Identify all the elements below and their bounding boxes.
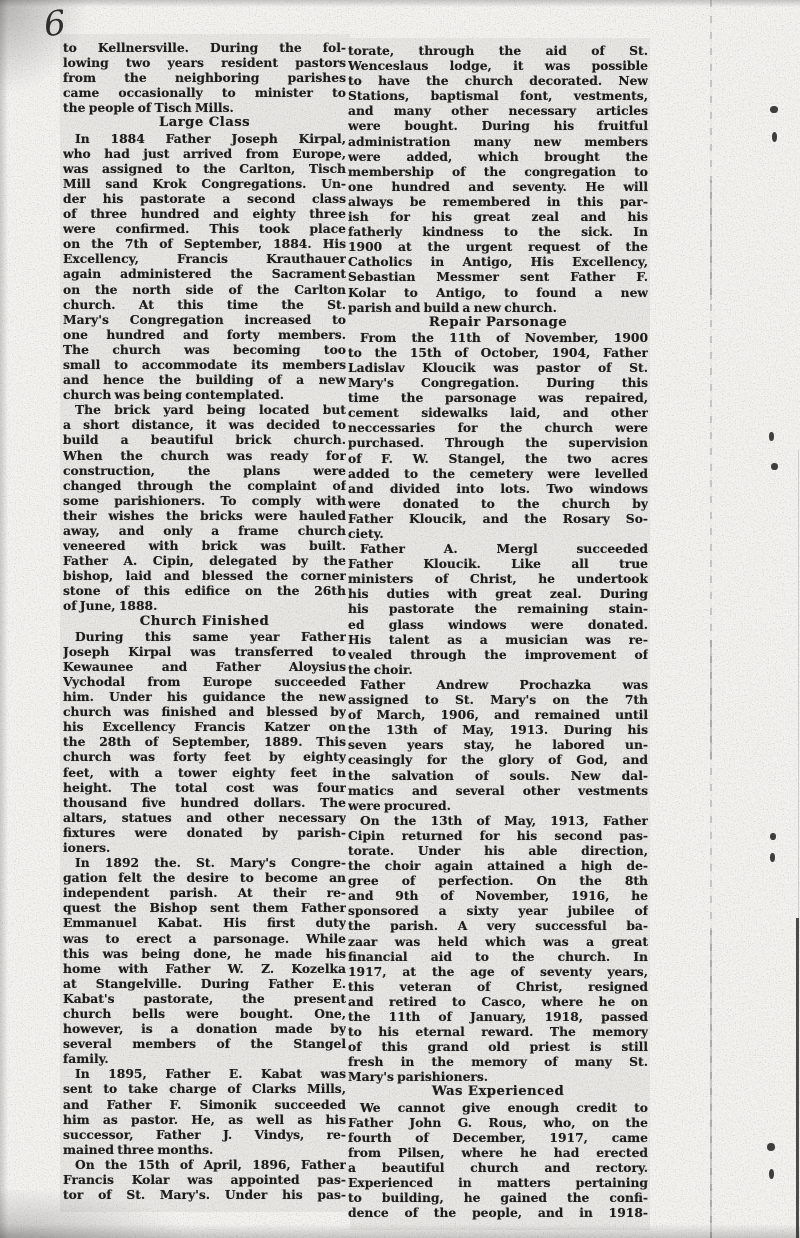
text-line: build a beautiful brick church. [63,432,346,447]
text-line: lowing two years resident pastors [63,55,346,70]
section-heading: Was Experienced [348,1084,648,1099]
text-line: Catholics in Antigo, His Excellency, [348,254,648,269]
text-line: of three hundred and eighty three [63,206,346,221]
text-line: church was finished and blessed by [63,704,346,719]
text-line: On the 15th of April, 1896, Father [63,1157,346,1172]
text-line: vealed through the improvement of [348,647,648,662]
newspaper-page-scan: 6 to Kellnersville. During the fol-lowin… [0,0,800,1238]
text-line: home with Father W. Z. Kozelka [63,961,346,976]
text-line: Vychodal from Europe succeeded [63,674,346,689]
handwritten-page-number: 6 [42,3,68,45]
text-line: Father Andrew Prochazka was [348,677,648,692]
text-line: small to accommodate its members [63,357,346,372]
ink-mark [770,833,776,840]
text-line: Sebastian Messmer sent Father F. [348,269,648,284]
text-line: the 11th of January, 1918, passed [348,1009,648,1024]
text-line: again administered the Sacrament [63,266,346,281]
text-line: was to erect a parsonage. While [63,931,346,946]
text-line: purchased. Through the supervision [348,435,648,450]
text-line: from the neighboring parishes [63,70,346,85]
text-line: Experienced in matters pertaining [348,1175,648,1190]
text-line: one hundred and seventy. He will [348,179,648,194]
text-line: Cipin returned for his second pas- [348,828,648,843]
text-line: fourth of December, 1917, came [348,1130,648,1145]
text-line: ioners. [63,840,346,855]
text-line: gree of perfection. On the 8th [348,873,648,888]
text-line: financial aid to the church. In [348,949,648,964]
text-line: Stations, baptismal font, vestments, [348,88,648,103]
text-line: were donated to the church by [348,496,648,511]
text-line: In 1892 the. St. Mary's Congre- [63,855,346,870]
text-line: on the 7th of September, 1884. His [63,236,346,251]
text-line: When the church was ready for [63,448,346,463]
text-line: were added, which brought the [348,149,648,164]
text-line: this veteran of Christ, resigned [348,979,648,994]
ink-mark [771,463,778,470]
text-line: to Kellnersville. During the fol- [63,40,346,55]
ink-mark [772,132,777,142]
text-line: Father John G. Rous, who, on the [348,1115,648,1130]
text-line: of June, 1888. [63,598,346,613]
article-column-right: torate, through the aid of St.Wenceslaus… [348,43,648,1220]
text-line: zaar was held which was a great [348,934,648,949]
text-line: Mary's Congregation. During this [348,375,648,390]
text-line: the choir again attained a high de- [348,858,648,873]
text-line: was assigned to the Carlton, Tisch [63,161,346,176]
text-line: successor, Father J. Vindys, re- [63,1127,346,1142]
text-line: Mary's Congregation increased to [63,312,346,327]
text-line: the choir. [348,662,648,677]
text-line: the parish. A very successful ba- [348,918,648,933]
text-line: His talent as a musician was re- [348,632,648,647]
text-line: church was being contemplated. [63,387,346,402]
text-line: stone of this edifice on the 26th [63,583,346,598]
text-line: matics and several other vestments [348,783,648,798]
text-line: changed through the complaint of [63,478,346,493]
text-line: quest the Bishop sent them Father [63,900,346,915]
text-line: On the 13th of May, 1913, Father [348,813,648,828]
text-line: this was being done, he made his [63,946,346,961]
text-line: From the 11th of November, 1900 [348,330,648,345]
text-line: on the north side of the Carlton [63,282,346,297]
text-line: Joseph Kirpal was transferred to [63,644,346,659]
text-line: and hence the building of a new [63,372,346,387]
text-line: fresh in the memory of many St. [348,1054,648,1069]
text-line: away, and only a frame church [63,523,346,538]
text-line: ministers of Christ, he undertook [348,571,648,586]
text-line: We cannot give enough credit to [348,1100,648,1115]
section-heading: Large Class [63,115,346,130]
fold-line-segment [710,930,712,1238]
text-line: from Pilsen, where he had erected [348,1145,648,1160]
text-line: to building, he gained the confi- [348,1190,648,1205]
text-line: administration many new members [348,134,648,149]
text-line: cement sidewalks laid, and other [348,405,648,420]
text-line: his pastorate the remaining stain- [348,601,648,616]
text-line: independent parish. At their re- [63,885,346,900]
text-line: der his pastorate a second class [63,191,346,206]
text-line: torate. Under his able direction, [348,843,648,858]
text-line: of this grand old priest is still [348,1039,648,1054]
ink-mark [769,1169,774,1179]
text-line: his duties with great zeal. During [348,586,648,601]
text-line: bishop, laid and blessed the corner [63,568,346,583]
text-line: to his eternal reward. The memory [348,1024,648,1039]
section-heading: Repair Parsonage [348,315,648,330]
text-line: Father Kloucik. Like all true [348,556,648,571]
fold-line-segment [710,180,712,300]
text-line: his Excellency Francis Katzer on [63,719,346,734]
text-line: During this same year Father [63,629,346,644]
text-line: Kewaunee and Father Aloysius [63,659,346,674]
text-line: In 1884 Father Joseph Kirpal, [63,131,346,146]
text-line: one hundred and forty members. [63,327,346,342]
ink-mark [770,853,775,862]
text-line: always be remembered in this par- [348,194,648,209]
article-column-left: to Kellnersville. During the fol-lowing … [63,40,346,1202]
text-line: ish for his great zeal and his [348,209,648,224]
text-line: some parishioners. To comply with [63,493,346,508]
text-line: parish and build a new church. [348,300,648,315]
text-line: and many other necessary articles [348,103,648,118]
text-line: Mary's parishioners. [348,1069,648,1084]
text-line: tor of St. Mary's. Under his pas- [63,1187,346,1202]
text-line: seven years stay, he labored un- [348,737,648,752]
text-line: mained three months. [63,1142,346,1157]
text-line: of March, 1906, and remained until [348,707,648,722]
text-line: who had just arrived from Europe, [63,146,346,161]
fold-line-segment [710,640,712,760]
text-line: ciety. [348,526,648,541]
text-line: ceasingly for the glory of God, and [348,752,648,767]
text-line: ed glass windows were donated. [348,617,648,632]
text-line: Father A. Mergl succeeded [348,541,648,556]
text-line: height. The total cost was four [63,780,346,795]
text-line: The church was becoming too [63,342,346,357]
text-line: several members of the Stangel [63,1036,346,1051]
ink-mark [769,432,774,441]
text-line: him. Under his guidance the new [63,689,346,704]
text-line: Wenceslaus lodge, it was possible [348,58,648,73]
text-line: came occasionally to minister to [63,85,346,100]
text-line: the 28th of September, 1889. This [63,734,346,749]
text-line: at Stangelville. During Father E. [63,976,346,991]
text-line: Father Kloucik, and the Rosary So- [348,511,648,526]
text-line: membership of the congregation to [348,164,648,179]
text-line: church bells were bought. One, [63,1006,346,1021]
text-line: The brick yard being located but [63,402,346,417]
page-edge-line-dark [796,918,799,1238]
text-line: time the parsonage was repaired, [348,390,648,405]
text-line: 1900 at the urgent request of the [348,239,648,254]
ink-mark [767,1143,775,1151]
text-line: Mill sand Krok Congregations. Un- [63,176,346,191]
page-edge-line-faint [798,450,799,920]
text-line: 1917, at the age of seventy years, [348,964,648,979]
text-line: the people of Tisch Mills. [63,100,346,115]
text-line: were confirmed. This took place [63,221,346,236]
text-line: neccessaries for the church were [348,420,648,435]
text-line: Francis Kolar was appointed pas- [63,1172,346,1187]
text-line: of F. W. Stangel, the two acres [348,451,648,466]
text-line: and Father F. Simonik succeeded [63,1097,346,1112]
text-line: their wishes the bricks were hauled [63,508,346,523]
text-line: fixtures were donated by parish- [63,825,346,840]
text-line: Kolar to Antigo, to found a new [348,285,648,300]
text-line: family. [63,1051,346,1066]
text-line: to the 15th of October, 1904, Father [348,345,648,360]
text-line: to have the church decorated. New [348,73,648,88]
text-line: dence of the people, and in 1918- [348,1205,648,1220]
text-line: thousand five hundred dollars. The [63,795,346,810]
text-line: altars, statues and other necessary [63,810,346,825]
text-line: were procured. [348,798,648,813]
text-line: feet, with a tower eighty feet in [63,765,346,780]
text-line: church was forty feet by eighty [63,749,346,764]
text-line: church. At this time the St. [63,297,346,312]
text-line: him as pastor. He, as well as his [63,1112,346,1127]
text-line: In 1895, Father E. Kabat was [63,1066,346,1081]
text-line: construction, the plans were [63,463,346,478]
text-line: a beautiful church and rectory. [348,1160,648,1175]
text-line: and 9th of November, 1916, he [348,888,648,903]
text-line: however, is a donation made by [63,1021,346,1036]
text-line: fatherly kindness to the sick. In [348,224,648,239]
section-heading: Church Finished [63,614,346,629]
text-line: Excellency, Francis Krauthauer [63,251,346,266]
text-line: and retired to Casco, where he on [348,994,648,1009]
text-line: the 13th of May, 1913. During his [348,722,648,737]
text-line: Emmanuel Kabat. His first duty [63,915,346,930]
text-line: and divided into lots. Two windows [348,481,648,496]
text-line: a short distance, it was decided to [63,417,346,432]
text-line: gation felt the desire to become an [63,870,346,885]
text-line: assigned to St. Mary's on the 7th [348,692,648,707]
text-line: the salvation of souls. New dal- [348,768,648,783]
text-line: Ladislav Kloucik was pastor of St. [348,360,648,375]
text-line: were bought. During his fruitful [348,118,648,133]
text-line: sent to take charge of Clarks Mills, [63,1081,346,1096]
scan-edge-top [0,0,800,7]
text-line: sponsored a sixty year jubilee of [348,903,648,918]
text-line: Kabat's pastorate, the present [63,991,346,1006]
text-line: veneered with brick was built. [63,538,346,553]
scan-edge-left [0,0,8,1238]
text-line: Father A. Cipin, delegated by the [63,553,346,568]
ink-mark [770,106,778,113]
text-line: added to the cemetery were levelled [348,466,648,481]
text-line: torate, through the aid of St. [348,43,648,58]
